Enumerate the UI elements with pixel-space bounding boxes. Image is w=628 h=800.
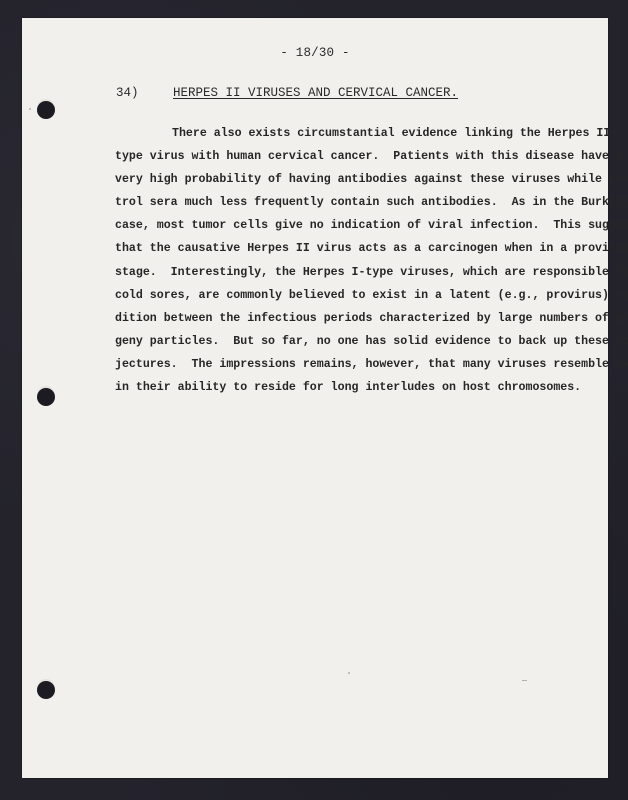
punch-hole-top <box>37 101 55 119</box>
paragraph-line: type virus with human cervical cancer. P… <box>115 145 575 168</box>
paragraph-line: cold sores, are commonly believed to exi… <box>115 284 575 307</box>
paragraph-line: stage. Interestingly, the Herpes I-type … <box>115 261 575 284</box>
paper-speck <box>29 108 31 110</box>
paper-speck <box>522 680 527 681</box>
paragraph-line: dition between the infectious periods ch… <box>115 307 575 330</box>
page-number: - 18/30 - <box>22 46 608 60</box>
paragraph-line: that the causative Herpes II virus acts … <box>115 237 575 260</box>
punch-hole-bottom <box>37 681 55 699</box>
section-number: 34) <box>116 86 139 100</box>
paper-speck <box>348 672 350 674</box>
paragraph-line: case, most tumor cells give no indicatio… <box>115 214 575 237</box>
punch-hole-middle <box>37 388 55 406</box>
section-title: HERPES II VIRUSES AND CERVICAL CANCER. <box>173 86 458 100</box>
paragraph-line: trol sera much less frequently contain s… <box>115 191 575 214</box>
paragraph-line: jectures. The impressions remains, howev… <box>115 353 575 376</box>
paragraph: There also exists circumstantial evidenc… <box>115 122 575 399</box>
paragraph-line: geny particles. But so far, no one has s… <box>115 330 575 353</box>
paragraph-line: very high probability of having antibodi… <box>115 168 575 191</box>
paragraph-line: in their ability to reside for long inte… <box>115 376 575 399</box>
document-page: - 18/30 - 34) HERPES II VIRUSES AND CERV… <box>22 18 608 778</box>
paragraph-line: There also exists circumstantial evidenc… <box>115 122 575 145</box>
